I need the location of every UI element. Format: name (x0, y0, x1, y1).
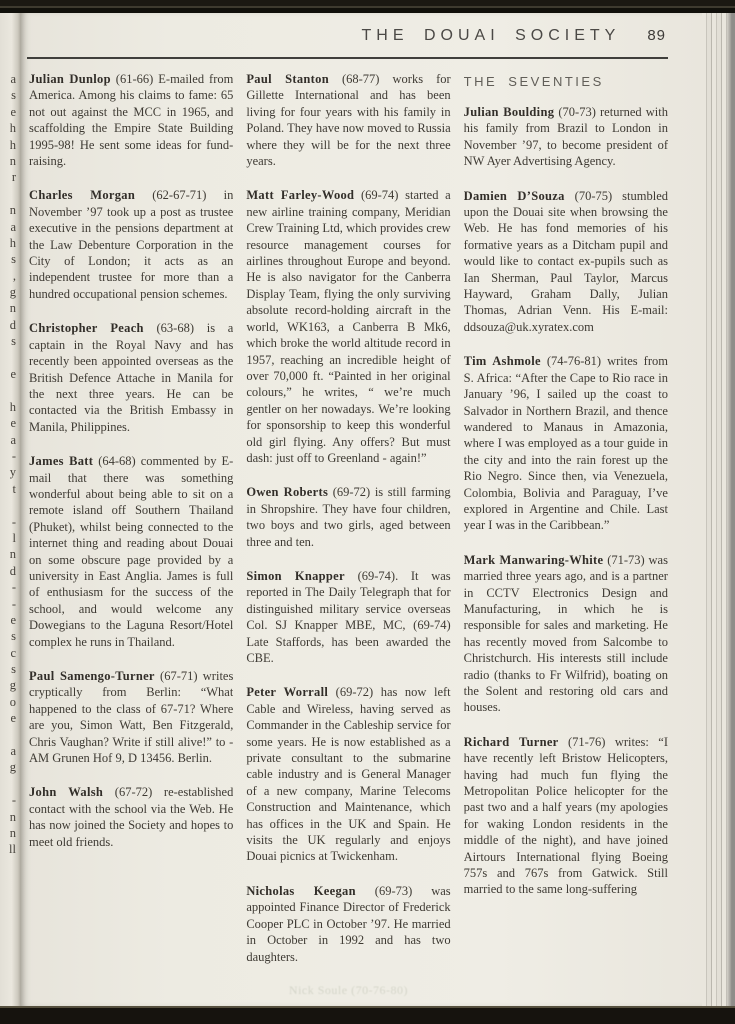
bleed-through-text: Nick Soule (70-76-80) (246, 983, 450, 998)
page-area: asehhnrnahs,gndsehea-yt-lnd--escsgoeag-n… (0, 13, 735, 1006)
book-scan: asehhnrnahs,gndsehea-yt-lnd--escsgoeag-n… (0, 0, 735, 1024)
facing-page-text-fragment: h (0, 399, 21, 415)
facing-page-text-fragment: g (0, 677, 21, 693)
facing-page-text-fragment: e (0, 710, 21, 726)
alumni-entry: Peter Worrall (69-72) has now left Cable… (246, 684, 450, 864)
entry-name: Julian Dunlop (29, 72, 111, 86)
text-column-2: Paul Stanton (68-77) works for Gillette … (246, 71, 450, 1000)
alumni-entry: Owen Roberts (69-72) is still farming in… (246, 484, 450, 550)
section-heading-seventies: THE SEVENTIES (464, 74, 668, 89)
facing-page-text-fragment: h (0, 137, 21, 153)
entry-name: Damien D’Souza (464, 189, 565, 203)
entry-name: Matt Farley-Wood (246, 188, 354, 202)
entry-text: was married three years ago, and is a pa… (464, 553, 668, 715)
facing-page-text-fragment: c (0, 645, 21, 661)
alumni-entry: Simon Knapper (69-74). It was reported i… (246, 568, 450, 666)
facing-page-text-fragment (0, 858, 21, 874)
entry-years: (71-76) (568, 735, 606, 749)
facing-page-text-fragment (0, 907, 21, 923)
facing-page-text-fragment: g (0, 284, 21, 300)
text-column-1: Julian Dunlop (61-66) E-mailed from Amer… (29, 71, 233, 1000)
alumni-entry: Christopher Peach (63-68) is a captain i… (29, 320, 233, 435)
page-number: 89 (647, 27, 666, 44)
alumni-entry: Charles Morgan (62-67-71) in November ’9… (29, 187, 233, 302)
facing-page-text-fragment: s (0, 333, 21, 349)
entry-name: Richard Turner (464, 735, 559, 749)
facing-page-text-fragment: g (0, 759, 21, 775)
entry-text: in November ’97 took up a post as truste… (29, 188, 233, 300)
facing-page-text-fragment (0, 497, 21, 513)
entry-name: Owen Roberts (246, 485, 328, 499)
entry-name: Mark Manwaring-White (464, 553, 604, 567)
entry-text: It was reported in The Daily Telegraph t… (246, 569, 450, 665)
entry-text: works for Gillette International and has… (246, 72, 450, 168)
alumni-entry: Tim Ashmole (74-76-81) writes from S. Af… (464, 353, 668, 533)
entry-years: (64-68) (98, 454, 136, 468)
facing-page-text-fragment: a (0, 432, 21, 448)
facing-page-text-fragment (0, 874, 21, 890)
scanner-background-top (0, 0, 735, 13)
facing-page-text-fragment: h (0, 120, 21, 136)
alumni-entry: Mark Manwaring-White (71-73) was married… (464, 552, 668, 716)
entry-text: is a captain in the Royal Navy and has r… (29, 321, 233, 433)
facing-page-text-fragment: d (0, 563, 21, 579)
facing-page-text-fragment (0, 891, 21, 907)
alumni-entry: James Batt (64-68) commented by E-mail t… (29, 453, 233, 650)
entry-years: (61-66) (116, 72, 154, 86)
entry-name: Peter Worrall (246, 685, 328, 699)
facing-page-text-fragment: s (0, 661, 21, 677)
facing-page-text-fragment: n (0, 153, 21, 169)
facing-page-text-fragment: e (0, 104, 21, 120)
alumni-entry: John Walsh (67-72) re-established contac… (29, 784, 233, 850)
entry-name: Paul Samengo-Turner (29, 669, 155, 683)
entry-years: (62-67-71) (152, 188, 206, 202)
facing-page-text-fragment: r (0, 169, 21, 185)
facing-page-text-fragment: o (0, 694, 21, 710)
page-title: THE DOUAI SOCIETY (362, 27, 621, 45)
facing-page-text-fragment: y (0, 464, 21, 480)
facing-page-text-fragment (0, 727, 21, 743)
facing-page-text-fragment: s (0, 251, 21, 267)
text-columns: Julian Dunlop (61-66) E-mailed from Amer… (29, 71, 668, 1000)
entry-years: (71-73) (607, 553, 645, 567)
facing-page-text-fragment: - (0, 792, 21, 808)
entry-name: Paul Stanton (246, 72, 329, 86)
entry-text: writes cryptically from Berlin: “What ha… (29, 669, 233, 765)
entry-name: Tim Ashmole (464, 354, 541, 368)
text-column-3: THE SEVENTIESJulian Boulding (70-73) ret… (464, 71, 668, 1000)
facing-page-edge: asehhnrnahs,gndsehea-yt-lnd--escsgoeag-n… (0, 13, 21, 1006)
entry-years: (69-73) (375, 884, 413, 898)
entry-name: Julian Boulding (464, 105, 555, 119)
entry-years: (67-72) (115, 785, 153, 799)
facing-page-text-fragment: a (0, 71, 21, 87)
page: THE DOUAI SOCIETY 89 Julian Dunlop (61-6… (21, 13, 702, 1006)
facing-page-text-fragment: - (0, 448, 21, 464)
facing-page-text-fragment (0, 776, 21, 792)
facing-page-text-fragment: a (0, 743, 21, 759)
facing-page-text-fragment: - (0, 579, 21, 595)
alumni-entry: Nicholas Keegan (69-73) was appointed Fi… (246, 883, 450, 965)
entry-years: (68-77) (342, 72, 380, 86)
facing-page-text-fragment: d (0, 317, 21, 333)
alumni-entry: Damien D’Souza (70-75) stumbled upon the… (464, 188, 668, 336)
alumni-entry: Richard Turner (71-76) writes: “I have r… (464, 734, 668, 898)
entry-years: (69-72) (336, 685, 374, 699)
facing-page-text-fragment: n (0, 202, 21, 218)
facing-page-text-fragment (0, 186, 21, 202)
facing-page-text-fragment: n (0, 546, 21, 562)
facing-page-text-fragment: - (0, 514, 21, 530)
alumni-entry: Paul Stanton (68-77) works for Gillette … (246, 71, 450, 169)
entry-text: stumbled upon the Douai site when browsi… (464, 189, 668, 334)
facing-page-text-fragment (0, 350, 21, 366)
facing-page-text-fragment: - (0, 596, 21, 612)
entry-years: (67-71) (160, 669, 198, 683)
facing-page-text-fragment: s (0, 87, 21, 103)
entry-name: James Batt (29, 454, 93, 468)
entry-text: writes: “I have recently left Bristow He… (464, 735, 668, 897)
scanner-background-bottom (0, 1006, 735, 1024)
facing-page-text-fragment: s (0, 628, 21, 644)
facing-page-text-fragment: e (0, 366, 21, 382)
facing-page-text-fragment: n (0, 825, 21, 841)
entry-years: (70-75) (575, 189, 613, 203)
entry-name: Simon Knapper (246, 569, 345, 583)
facing-page-text-fragment: h (0, 235, 21, 251)
facing-page-text-fragment: , (0, 268, 21, 284)
facing-page-text-fragment: ll (0, 841, 21, 857)
entry-text: E-mailed from America. Among his claims … (29, 72, 233, 168)
entry-years: (74-76-81) (547, 354, 601, 368)
header-rule (27, 57, 668, 59)
entry-years: (69-74) (361, 188, 399, 202)
entry-name: John Walsh (29, 785, 103, 799)
alumni-entry: Paul Samengo-Turner (67-71) writes crypt… (29, 668, 233, 766)
alumni-entry: Matt Farley-Wood (69-74) started a new a… (246, 187, 450, 466)
entry-years: (69-74). (358, 569, 399, 583)
facing-page-text-fragment (0, 382, 21, 398)
facing-page-text-fragment: n (0, 300, 21, 316)
facing-page-text-fragment: e (0, 612, 21, 628)
facing-page-text-fragment: a (0, 219, 21, 235)
entry-years: (63-68) (157, 321, 195, 335)
stacked-page-edges (702, 13, 735, 1006)
facing-page-text-fragment: t (0, 481, 21, 497)
facing-page-text-fragment: e (0, 415, 21, 431)
facing-page-text-fragments: asehhnrnahs,gndsehea-yt-lnd--escsgoeag-n… (0, 13, 21, 923)
facing-page-text-fragment: l (0, 530, 21, 546)
entry-name: Charles Morgan (29, 188, 135, 202)
alumni-entry: Julian Boulding (70-73) returned with hi… (464, 104, 668, 170)
entry-text: started a new airline training company, … (246, 188, 450, 465)
entry-text: commented by E-mail that there was somet… (29, 454, 233, 648)
entry-years: (69-72) (333, 485, 371, 499)
entry-name: Nicholas Keegan (246, 884, 356, 898)
entry-text: writes from S. Africa: “After the Cape t… (464, 354, 668, 532)
facing-page-text-fragment: n (0, 809, 21, 825)
entry-years: (70-73) (558, 105, 596, 119)
entry-text: has now left Cable and Wireless, having … (246, 685, 450, 863)
alumni-entry: Julian Dunlop (61-66) E-mailed from Amer… (29, 71, 233, 169)
entry-name: Christopher Peach (29, 321, 144, 335)
page-header: THE DOUAI SOCIETY 89 (29, 27, 666, 57)
